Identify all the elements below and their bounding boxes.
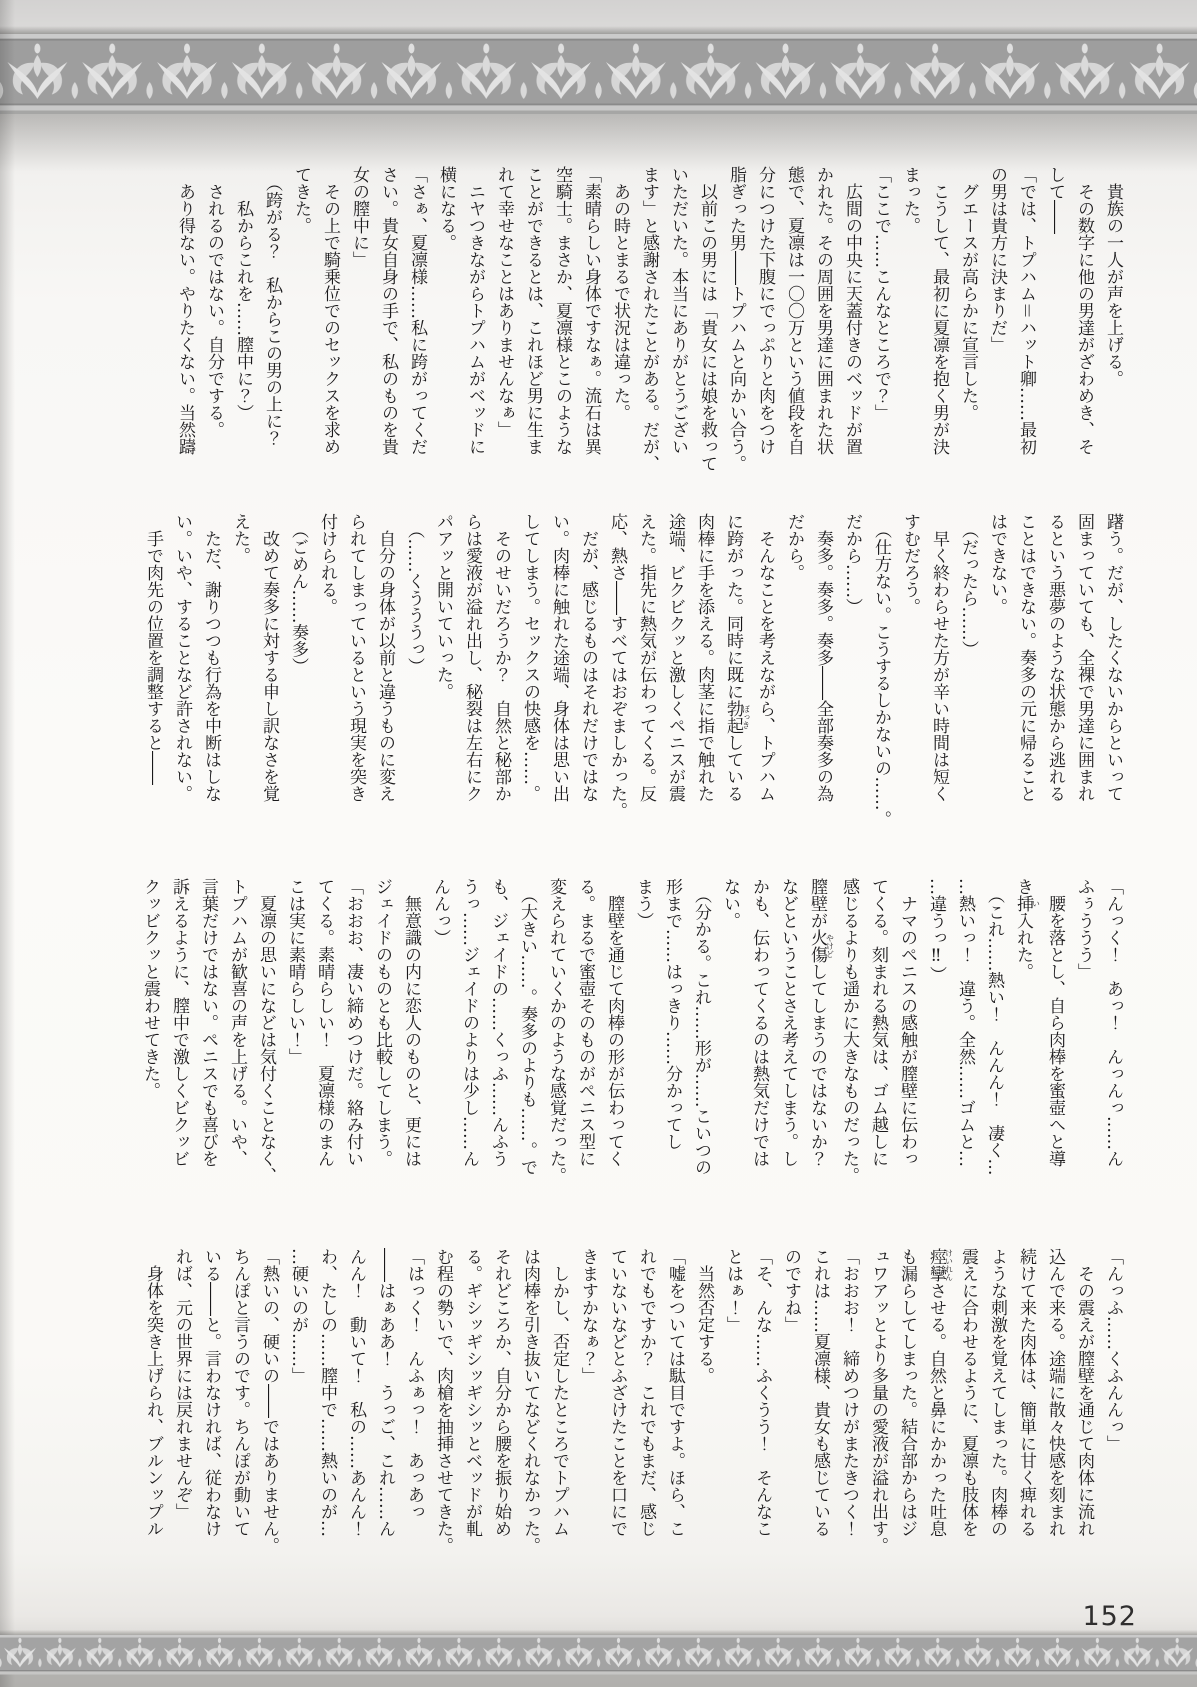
top-ornament-border	[0, 26, 1197, 118]
text-column: だから。	[779, 513, 808, 823]
text-column: 痙攣けいれんさせる。自然と鼻にかかった吐息	[921, 1248, 953, 1558]
text-column: 込んで来る。途端に散々快感を刻まれ	[1040, 1248, 1069, 1558]
text-column: 当然否定する。	[689, 1248, 718, 1558]
text-column: 「んっく！ あっ！ んっんっ……ん	[1098, 878, 1127, 1188]
text-column: うっ……ジェイドのよりは少し……ん	[454, 878, 483, 1188]
text-column: られてしまっているという現実を突き	[341, 513, 370, 823]
text-column: まった。	[895, 166, 924, 476]
text-column: かれた。その周囲を男達に囲まれた状	[808, 166, 837, 476]
text-column: い。いや、することなど許されない。	[167, 513, 196, 823]
text-column: しかし、否定したところでトプハム	[544, 1248, 573, 1558]
text-column: 身体を突き上げられ、ブルンップル	[138, 1248, 167, 1558]
text-column: とはぁ！」	[718, 1248, 747, 1558]
text-column: 「素晴らしい身体ですなぁ。流石は異	[576, 166, 605, 476]
text-column: ――はぁああ！ うっご、これ……ん	[370, 1248, 399, 1558]
text-column: 付けられる。	[312, 513, 341, 823]
text-column: 「おおお、凄い締めつけだ。絡み付い	[338, 878, 367, 1188]
text-column: てくる。素晴らしい！ 夏凛様のまん	[309, 878, 338, 1188]
text-column: れでもですか？ これでもまだ、感じ	[631, 1248, 660, 1558]
book-page-scan: 貴族の一人が声を上げる。 その数字に他の男達がざわめき、そして――「では、トプハ…	[0, 0, 1197, 1687]
text-column: 手で肉先の位置を調整すると――	[138, 513, 167, 823]
text-band-2: 躇う。だが、したくないからといって固まっていても、全裸で男達に囲まれるという悪夢…	[138, 513, 1127, 823]
text-column: さい。貴女自身の手で、私のものを貴	[373, 166, 402, 476]
text-column: 「はっく！ んふぁっ！ あっあっ	[399, 1248, 428, 1558]
text-column: （これ……熱い！ んんん！ 凄く…	[979, 878, 1008, 1188]
text-column: 「では、トプハム＝ハット卿……最初	[1011, 166, 1040, 476]
text-column: えた。	[225, 513, 254, 823]
text-column: の男は貴方に決まりだ」	[982, 166, 1011, 476]
text-column: はできない。	[982, 513, 1011, 823]
scan-shadow-under-border	[0, 114, 1197, 172]
text-column: これは……夏凛様、貴女も感じている	[805, 1248, 834, 1558]
text-column: 貴族の一人が声を上げる。	[1098, 166, 1127, 476]
text-column: も、ジェイドの……くっふ……んふう	[483, 878, 512, 1188]
text-column: ちんぽと言うのです。ちんぽが動いて	[225, 1248, 254, 1558]
text-band-4: 「んっふ……くふんんっ」 その震えが膣壁を通じて肉体に流れ込んで来る。途端に散々…	[138, 1248, 1127, 1558]
text-column: ていないなどとふざけたことを口にで	[602, 1248, 631, 1558]
text-column: などということさえ考えてしまう。し	[773, 878, 802, 1188]
text-column: （大きい……。奏多のよりも……。で	[512, 878, 541, 1188]
text-column: （ごめん……奏多）	[283, 513, 312, 823]
text-column: 横になる。	[431, 166, 460, 476]
text-column: されるのではない。自分でする。	[199, 166, 228, 476]
text-column: あの時とまるで状況は違った。	[605, 166, 634, 476]
text-column: ジェイドのものとも比較してしまう。	[367, 878, 396, 1188]
text-column: してしまう。セックスの快感を……。	[515, 513, 544, 823]
text-column: クッビクッと震わせてきた。	[135, 878, 164, 1188]
text-column: ふぅううう」	[1069, 878, 1098, 1188]
text-column: 「おおお！ 締めつけがまたきつく！	[834, 1248, 863, 1558]
text-column: 肉棒に手を添える。肉茎に指で触れた	[689, 513, 718, 823]
text-column: れば、元の世界には戻れませんぞ」	[167, 1248, 196, 1558]
text-column: 「そ、んな……ふくうう！ そんなこ	[747, 1248, 776, 1558]
text-column: （……くうううっ）	[399, 513, 428, 823]
text-column: 変えられていくかのような感覚だった。	[541, 878, 570, 1188]
text-column: ニヤつきながらトプハムがベッドに	[460, 166, 489, 476]
text-column: あり得ない。やりたくない。当然躊	[170, 166, 199, 476]
text-column: 膣壁が火傷やけどしてしまうのではないか？	[802, 878, 834, 1188]
text-column: いる――と。言わなければ、従わなけ	[196, 1248, 225, 1558]
text-column: に跨がった。同時に既に勃起ぼっきしている	[718, 513, 750, 823]
text-column: らは愛液が溢れ出し、秘裂は左右にク	[457, 513, 486, 823]
text-column: 「ここで……こんなところで？」	[866, 166, 895, 476]
text-column: 形まで……はっきり……分かってし	[657, 878, 686, 1188]
text-column: 固まっていても、全裸で男達に囲まれ	[1069, 513, 1098, 823]
text-column: んんっ）	[425, 878, 454, 1188]
text-column: （仕方ない。こうするしかないの……。	[866, 513, 895, 823]
text-column: かも、伝わってくるのは熱気だけでは	[744, 878, 773, 1188]
text-column: 改めて奏多に対する申し訳なさを覚	[254, 513, 283, 823]
text-column: 躇う。だが、したくないからといって	[1098, 513, 1127, 823]
text-column: 感じるよりも遥かに大きなものだった。	[834, 878, 863, 1188]
text-column: パアッと開いていった。	[428, 513, 457, 823]
text-column: グエースが高らかに宣言した。	[953, 166, 982, 476]
text-column: いただいた。本当にありがとうござい	[663, 166, 692, 476]
text-column: （だったら……）	[953, 513, 982, 823]
scan-left-edge-shade	[0, 0, 15, 1687]
text-column: （分かる。これ……形が……こいつの	[686, 878, 715, 1188]
text-column: 広間の中央に天蓋付きのベッドが置	[837, 166, 866, 476]
text-column: る。まるで蜜壺そのものがペニス型に	[570, 878, 599, 1188]
text-column: んん！ 動いて！ 私の……あんん！	[341, 1248, 370, 1558]
text-column: てくる。刻まれる熱気は、ゴム越しに	[863, 878, 892, 1188]
text-column: 訴えるように、膣中で激しくビクッビ	[164, 878, 193, 1188]
text-column: 無意識の内に恋人のものと、更には	[396, 878, 425, 1188]
text-column: ことはできない。奏多の元に帰ること	[1011, 513, 1040, 823]
text-column: だが、感じるものはそれだけではな	[573, 513, 602, 823]
text-column: む程の勢いで、肉槍を抽挿させてきた。	[428, 1248, 457, 1558]
text-column: のですね」	[776, 1248, 805, 1558]
text-column: ナマのペニスの感触が膣壁に伝わっ	[892, 878, 921, 1188]
text-column: は肉棒を引き抜いてなどくれなかった。	[515, 1248, 544, 1558]
bottom-ornament-border	[0, 1630, 1197, 1676]
text-column: ます」と感謝されたことがある。だが、	[634, 166, 663, 476]
text-column: その震えが膣壁を通じて肉体に流れ	[1069, 1248, 1098, 1558]
text-column: …硬いのが……」	[283, 1248, 312, 1558]
text-column: だから……）	[837, 513, 866, 823]
text-column: それどころか、自分から腰を振り始め	[486, 1248, 515, 1558]
text-column: 「熱いの、硬いの――ではありません。	[254, 1248, 283, 1558]
text-column: る。ギシッギシッギシッとベッドが軋	[457, 1248, 486, 1558]
text-column: まう）	[628, 878, 657, 1188]
text-column: ような刺激を覚えてしまった。肉棒の	[982, 1248, 1011, 1558]
text-column: 応、熱さ――すべてはおぞましかった。	[602, 513, 631, 823]
text-column: 早く終わらせた方が辛い時間は短く	[924, 513, 953, 823]
text-column: 脂ぎった男――トプハムと向かい合う。	[721, 166, 750, 476]
text-column: ただ、謝りつつも行為を中断はしな	[196, 513, 225, 823]
text-column: こは実に素晴らしい！」	[280, 878, 309, 1188]
text-band-3: 「んっく！ あっ！ んっんっ……んふぅううう」 腰を落とし、自ら肉棒を蜜壺へと導…	[135, 878, 1127, 1188]
text-column: その上で騎乗位でのセックスを求め	[315, 166, 344, 476]
text-column: 女の膣中に」	[344, 166, 373, 476]
text-column: れて幸せなことはありませんなぁ」	[489, 166, 518, 476]
text-column: こうして、最初に夏凛を抱く男が決	[924, 166, 953, 476]
text-column: 自分の身体が以前と違うものに変え	[370, 513, 399, 823]
text-column: 「さぁ、夏凛様……私に跨がってくだ	[402, 166, 431, 476]
text-column: して――	[1040, 166, 1069, 476]
text-column: き挿い入れた。	[1008, 878, 1040, 1188]
text-column: 膣壁を通じて肉棒の形が伝わってく	[599, 878, 628, 1188]
text-column: …違うっ‼）	[921, 878, 950, 1188]
text-column: ない。	[715, 878, 744, 1188]
text-column: 分につけた下腹にでっぷりと肉をつけ	[750, 166, 779, 476]
text-column: トプハムが歓喜の声を上げる。いや、	[222, 878, 251, 1188]
text-column: 奏多。奏多。奏多――全部奏多の為	[808, 513, 837, 823]
text-column: 夏凛の思いになどは気付くことなく、	[251, 878, 280, 1188]
text-column: 「んっふ……くふんんっ」	[1098, 1248, 1127, 1558]
text-column: わ、たしの……膣中で……熱いのが…	[312, 1248, 341, 1558]
text-column: 腰を落とし、自ら肉棒を蜜壺へと導	[1040, 878, 1069, 1188]
text-column: （跨がる？ 私からこの男の上に？	[257, 166, 286, 476]
text-column: るという悪夢のような状態から逃れる	[1040, 513, 1069, 823]
text-column: い。肉棒に触れた途端、身体は思い出	[544, 513, 573, 823]
text-column: 震えに合わせるように、夏凛も肢体を	[953, 1248, 982, 1558]
text-column: 「嘘をついては駄目ですよ。ほら、こ	[660, 1248, 689, 1558]
text-column: てきた。	[286, 166, 315, 476]
page-number: 152	[1082, 1601, 1137, 1632]
text-column: 途端、ビクビクッと激しくペニスが震	[660, 513, 689, 823]
text-column: 言葉だけではない。ペニスでも喜びを	[193, 878, 222, 1188]
text-band-1: 貴族の一人が声を上げる。 その数字に他の男達がざわめき、そして――「では、トプハ…	[170, 166, 1127, 476]
text-column: えた。指先に熱気が伝わってくる。反	[631, 513, 660, 823]
text-column: 態で、夏凛は一〇〇万という値段を自	[779, 166, 808, 476]
text-column: 空騎士。まさか、夏凛様とこのような	[547, 166, 576, 476]
text-column: 以前この男には「貴女には娘を救って	[692, 166, 721, 476]
text-column: 私からこれを……膣中に？）	[228, 166, 257, 476]
text-column: きますかなぁ？」	[573, 1248, 602, 1558]
text-column: ことができるとは、これほど男に生ま	[518, 166, 547, 476]
text-column: も漏らしてしまった。結合部からはジ	[892, 1248, 921, 1558]
text-column: すむだろう。	[895, 513, 924, 823]
text-column: 続けて来た肉体は、簡単に甘く痺れる	[1011, 1248, 1040, 1558]
text-column: そんなことを考えながら、トプハム	[750, 513, 779, 823]
text-column: そのせいだろうか？ 自然と秘部か	[486, 513, 515, 823]
text-column: ュワアッとより多量の愛液が溢れ出す。	[863, 1248, 892, 1558]
text-column: …熱いっ！ 違う。全然……ゴムと…	[950, 878, 979, 1188]
text-column: その数字に他の男達がざわめき、そ	[1069, 166, 1098, 476]
